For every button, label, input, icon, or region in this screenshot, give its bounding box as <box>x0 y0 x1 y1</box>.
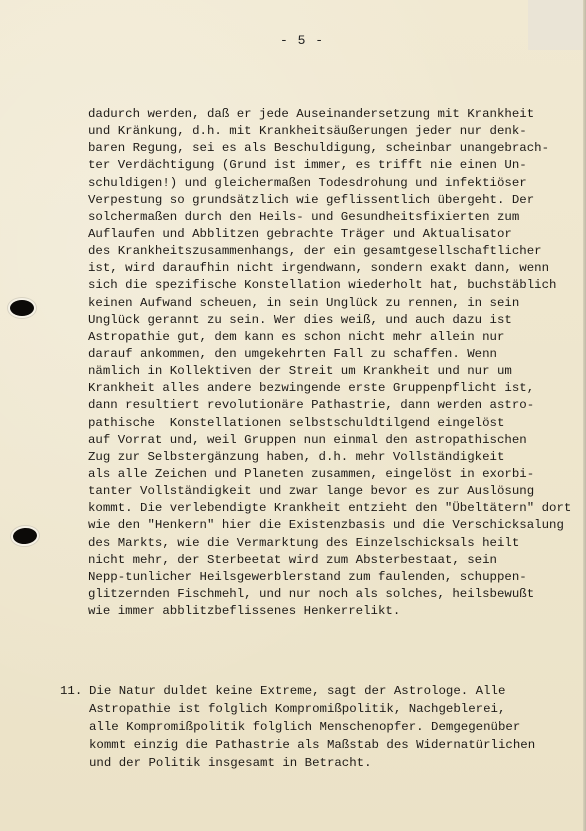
text-line: Krankheit alles andere bezwingende erste… <box>88 380 568 397</box>
section-number: 11. <box>60 682 82 700</box>
text-line: Unglück gerannt zu sein. Wer dies weiß, … <box>88 312 568 329</box>
punch-hole-icon <box>10 300 34 316</box>
text-line: Die Natur duldet keine Extreme, sagt der… <box>89 682 535 700</box>
text-line: sich die spezifische Konstellation wiede… <box>88 277 568 294</box>
numbered-section-11: 11. Die Natur duldet keine Extreme, sagt… <box>60 682 90 754</box>
document-page: - 5 - dadurch werden, daß er jede Ausein… <box>0 0 586 831</box>
section-body: Die Natur duldet keine Extreme, sagt der… <box>89 682 535 772</box>
text-line: und Kränkung, d.h. mit Krankheitsäußerun… <box>88 123 568 140</box>
text-line: wie den "Henkern" hier die Existenzbasis… <box>88 517 568 534</box>
text-line: des Krankheitszusammenhangs, der ein ges… <box>88 243 568 260</box>
text-line: des Markts, wie die Vermarktung des Einz… <box>88 535 568 552</box>
text-line: und der Politik insgesamt in Betracht. <box>89 754 535 772</box>
text-line: keinen Aufwand scheuen, in sein Unglück … <box>88 295 568 312</box>
text-line: schuldigen!) und gleichermaßen Todesdroh… <box>88 175 568 192</box>
text-line: solchermaßen durch den Heils- und Gesund… <box>88 209 568 226</box>
text-line: als alle Zeichen und Planeten zusammen, … <box>88 466 568 483</box>
body-paragraph: dadurch werden, daß er jede Auseinanders… <box>88 106 568 620</box>
text-line: darauf ankommen, den umgekehrten Fall zu… <box>88 346 568 363</box>
text-line: Astropathie ist folglich Kompromißpoliti… <box>89 700 535 718</box>
text-line: glitzernden Fischmehl, und nur noch als … <box>88 586 568 603</box>
text-line: nämlich in Kollektiven der Streit um Kra… <box>88 363 568 380</box>
text-line: wie immer abblitzbeflissenes Henkerrelik… <box>88 603 568 620</box>
punch-hole-icon <box>12 527 37 545</box>
text-line: kommt einzig die Pathastrie als Maßstab … <box>89 736 535 754</box>
text-line: kommt. Die verlebendigte Krankheit entzi… <box>88 500 568 517</box>
text-line: baren Regung, sei es als Beschuldigung, … <box>88 140 568 157</box>
text-line: pathische Konstellationen selbstschuldti… <box>88 415 568 432</box>
text-line: ter Verdächtigung (Grund ist immer, es t… <box>88 157 568 174</box>
text-line: Verpestung so grundsätzlich wie geflisse… <box>88 192 568 209</box>
text-line: nicht mehr, der Sterbeetat wird zum Abst… <box>88 552 568 569</box>
text-line: alle Kompromißpolitik folglich Menscheno… <box>89 718 535 736</box>
page-number: - 5 - <box>0 33 586 48</box>
text-line: tanter Vollständigkeit und zwar lange be… <box>88 483 568 500</box>
text-line: Astropathie gut, dem kann es schon nicht… <box>88 329 568 346</box>
text-line: auf Vorrat und, weil Gruppen nun einmal … <box>88 432 568 449</box>
text-line: Zug zur Selbstergänzung haben, d.h. mehr… <box>88 449 568 466</box>
text-line: ist, wird daraufhin nicht irgendwann, so… <box>88 260 568 277</box>
text-line: dadurch werden, daß er jede Auseinanders… <box>88 106 568 123</box>
text-line: dann resultiert revolutionäre Pathastrie… <box>88 397 568 414</box>
text-line: Auflaufen und Abblitzen gebrachte Träger… <box>88 226 568 243</box>
text-line: Nepp-tunlicher Heilsgewerblerstand zum f… <box>88 569 568 586</box>
